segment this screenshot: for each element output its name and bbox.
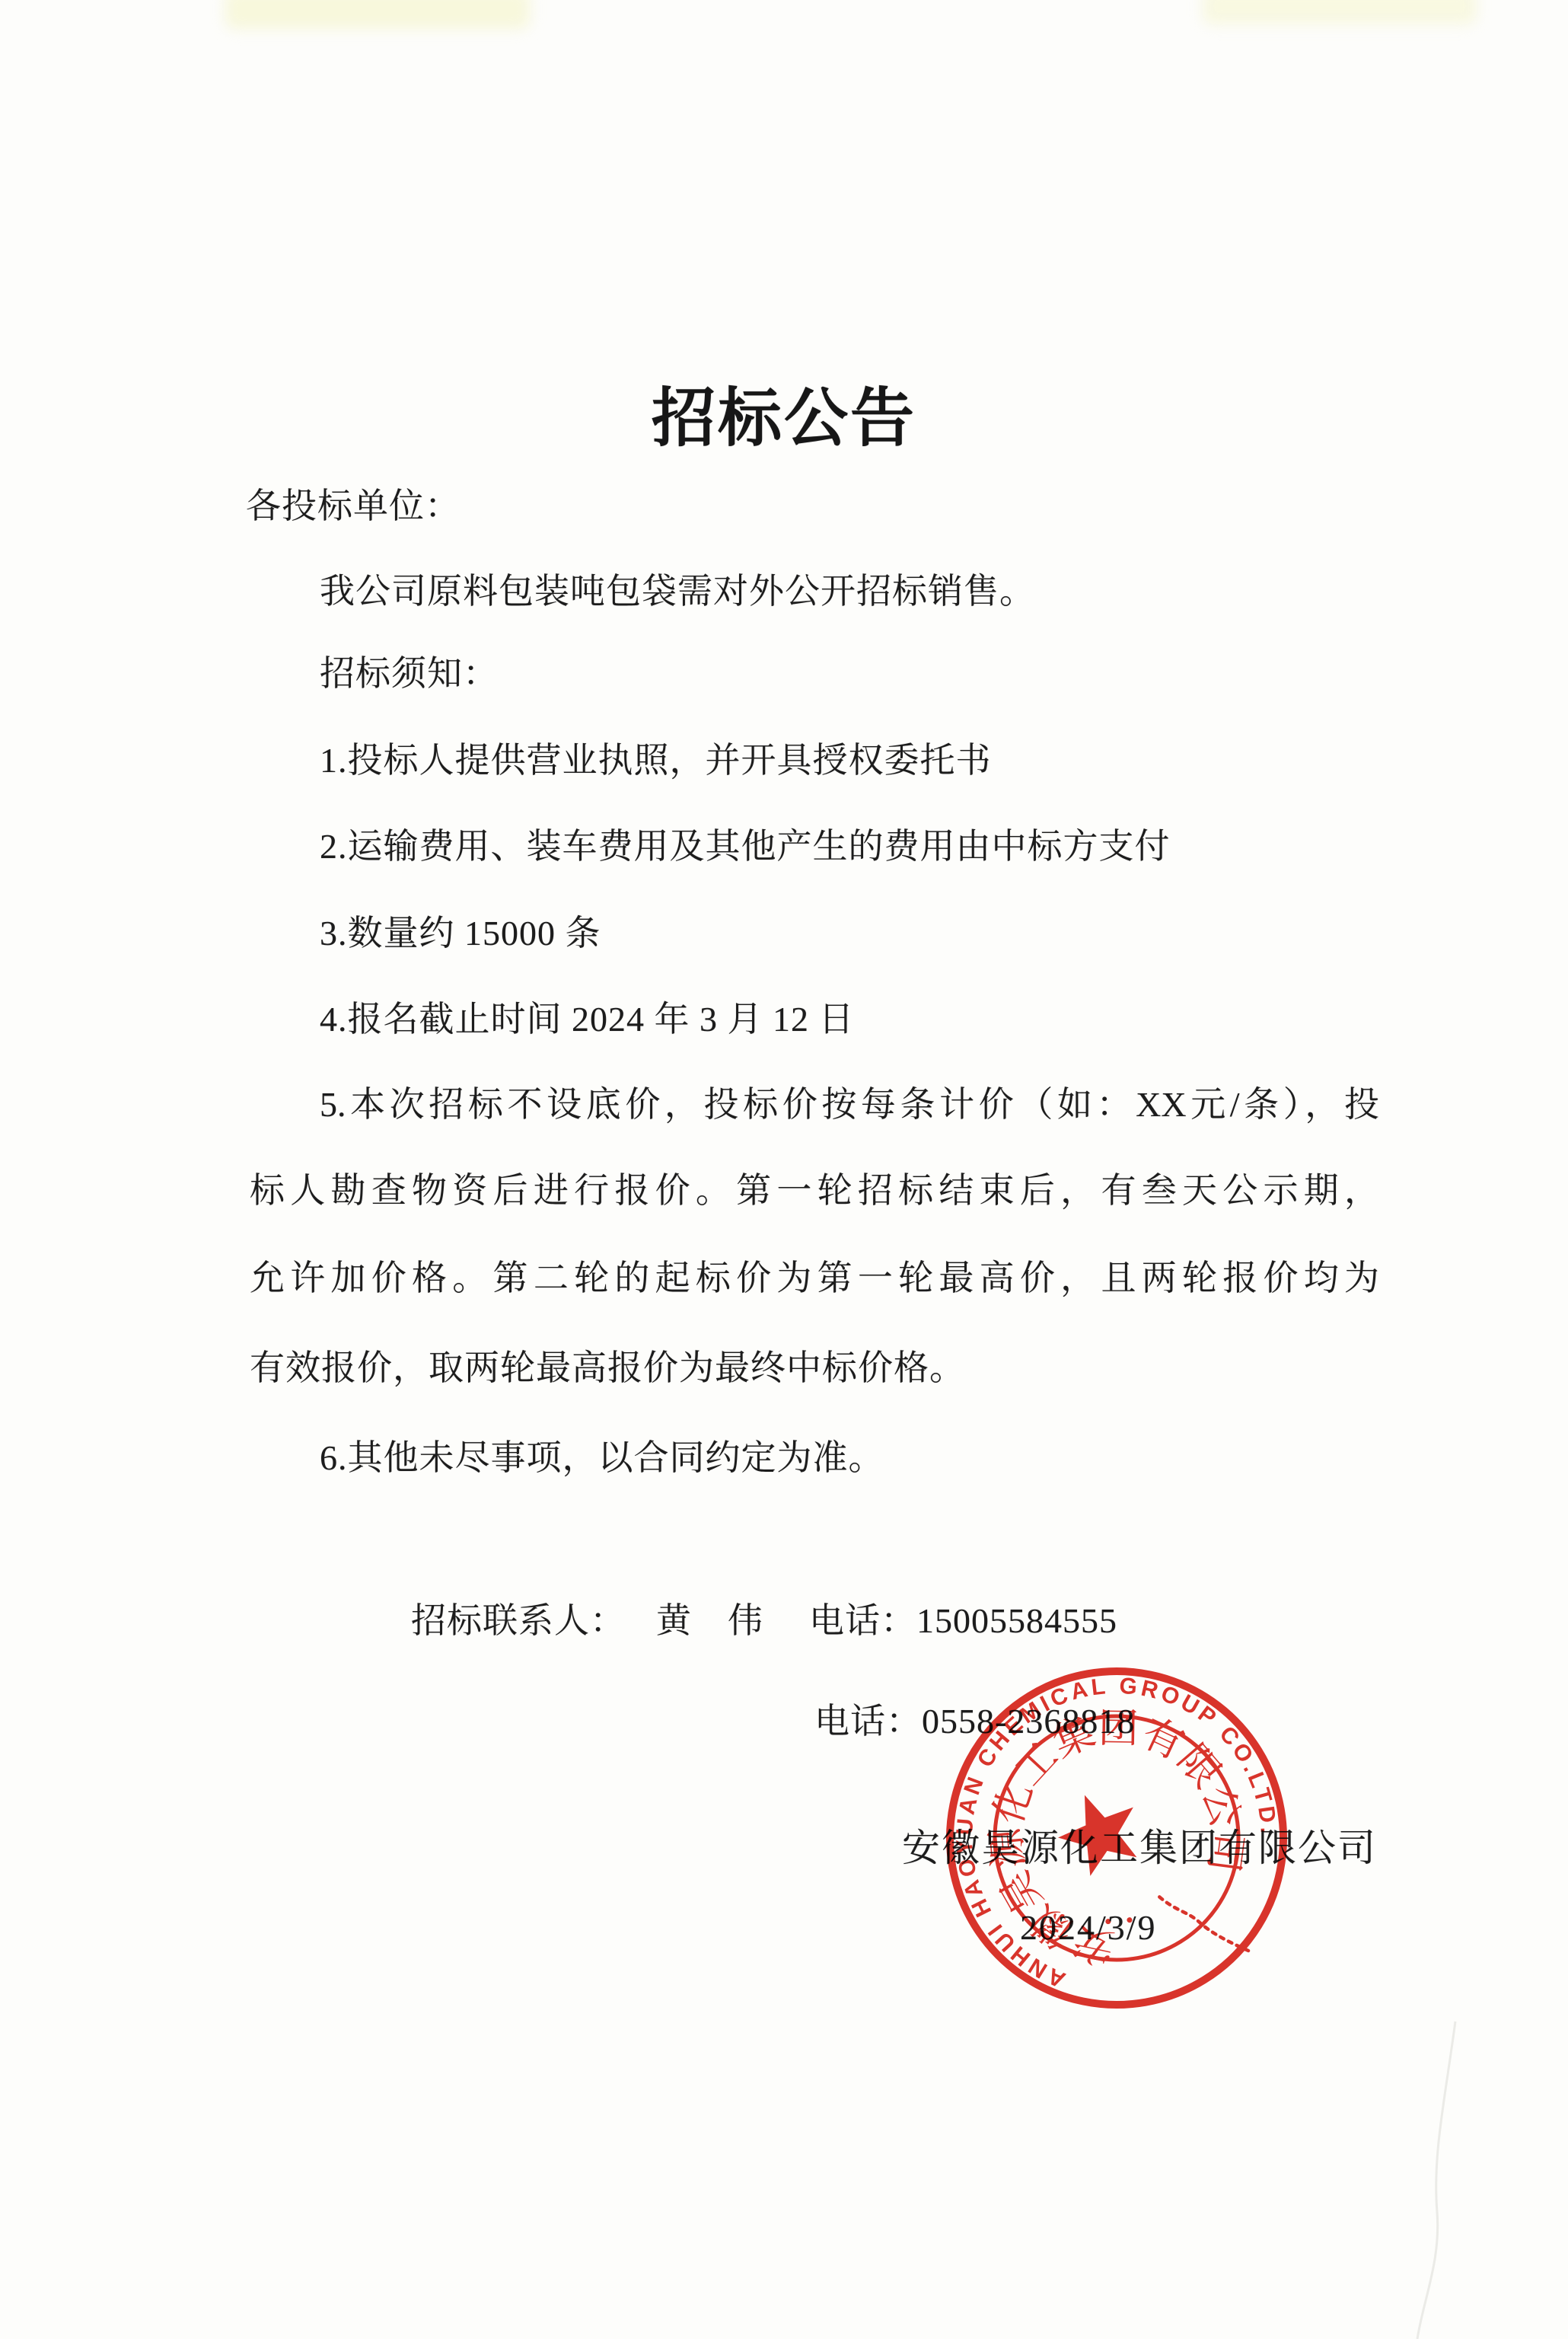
- phone2-label: 电话：: [814, 1702, 922, 1741]
- notice-item-1: 1.投标人提供营业执照，并开具授权委托书: [320, 740, 992, 781]
- scan-smudge-top-right: [1203, 0, 1477, 24]
- contact-name: 黄 伟: [656, 1601, 763, 1640]
- page-title: 招标公告: [0, 367, 1568, 459]
- contact-phone-label: 电话：: [809, 1601, 916, 1640]
- contact-label: 招标联系人：: [411, 1601, 626, 1640]
- notice-item-5-line-2: 标人勘查物资后进行报价。第一轮招标结束后，有叁天公示期，: [250, 1170, 1379, 1211]
- notice-item-5-line-4: 有效报价，取两轮最高报价为最终中标价格。: [250, 1348, 965, 1389]
- scan-crease-right-edge: [0, 0, 1568, 2339]
- seal-signature-squiggle: [1159, 1883, 1251, 1966]
- signature-date: 2024/3/9: [1020, 1907, 1157, 1948]
- phone2-line: 电话：0558-2368818: [776, 1660, 1135, 1784]
- notice-item-6: 6.其他未尽事项，以合同约定为准。: [320, 1438, 884, 1479]
- notice-heading-line: 招标须知：: [320, 653, 499, 694]
- notice-item-3: 3.数量约 15000 条: [320, 913, 601, 954]
- contact-phone-number: 15005584555: [916, 1601, 1117, 1640]
- scan-smudge-top-left: [225, 0, 530, 29]
- notice-item-5-line-3: 允许加价格。第二轮的起标价为第一轮最高价，且两轮报价均为: [250, 1258, 1379, 1299]
- salutation-line: 各投标单位：: [246, 486, 461, 527]
- notice-item-5-line-1: 5.本次招标不设底价，投标价按每条计价（如：XX元/条），投: [320, 1084, 1379, 1125]
- phone2-number: 0558-2368818: [922, 1702, 1135, 1741]
- notice-item-2: 2.运输费用、装车费用及其他产生的费用由中标方支付: [320, 826, 1171, 867]
- company-name: 安徽昊源化工集团有限公司: [902, 1826, 1377, 1871]
- intro-line: 我公司原料包装吨包袋需对外公开招标销售。: [320, 571, 1035, 612]
- scanned-document-page: 招标公告 各投标单位： 我公司原料包装吨包袋需对外公开招标销售。 招标须知： 1…: [0, 0, 1568, 2339]
- notice-item-4: 4.报名截止时间 2024 年 3 月 12 日: [320, 999, 855, 1040]
